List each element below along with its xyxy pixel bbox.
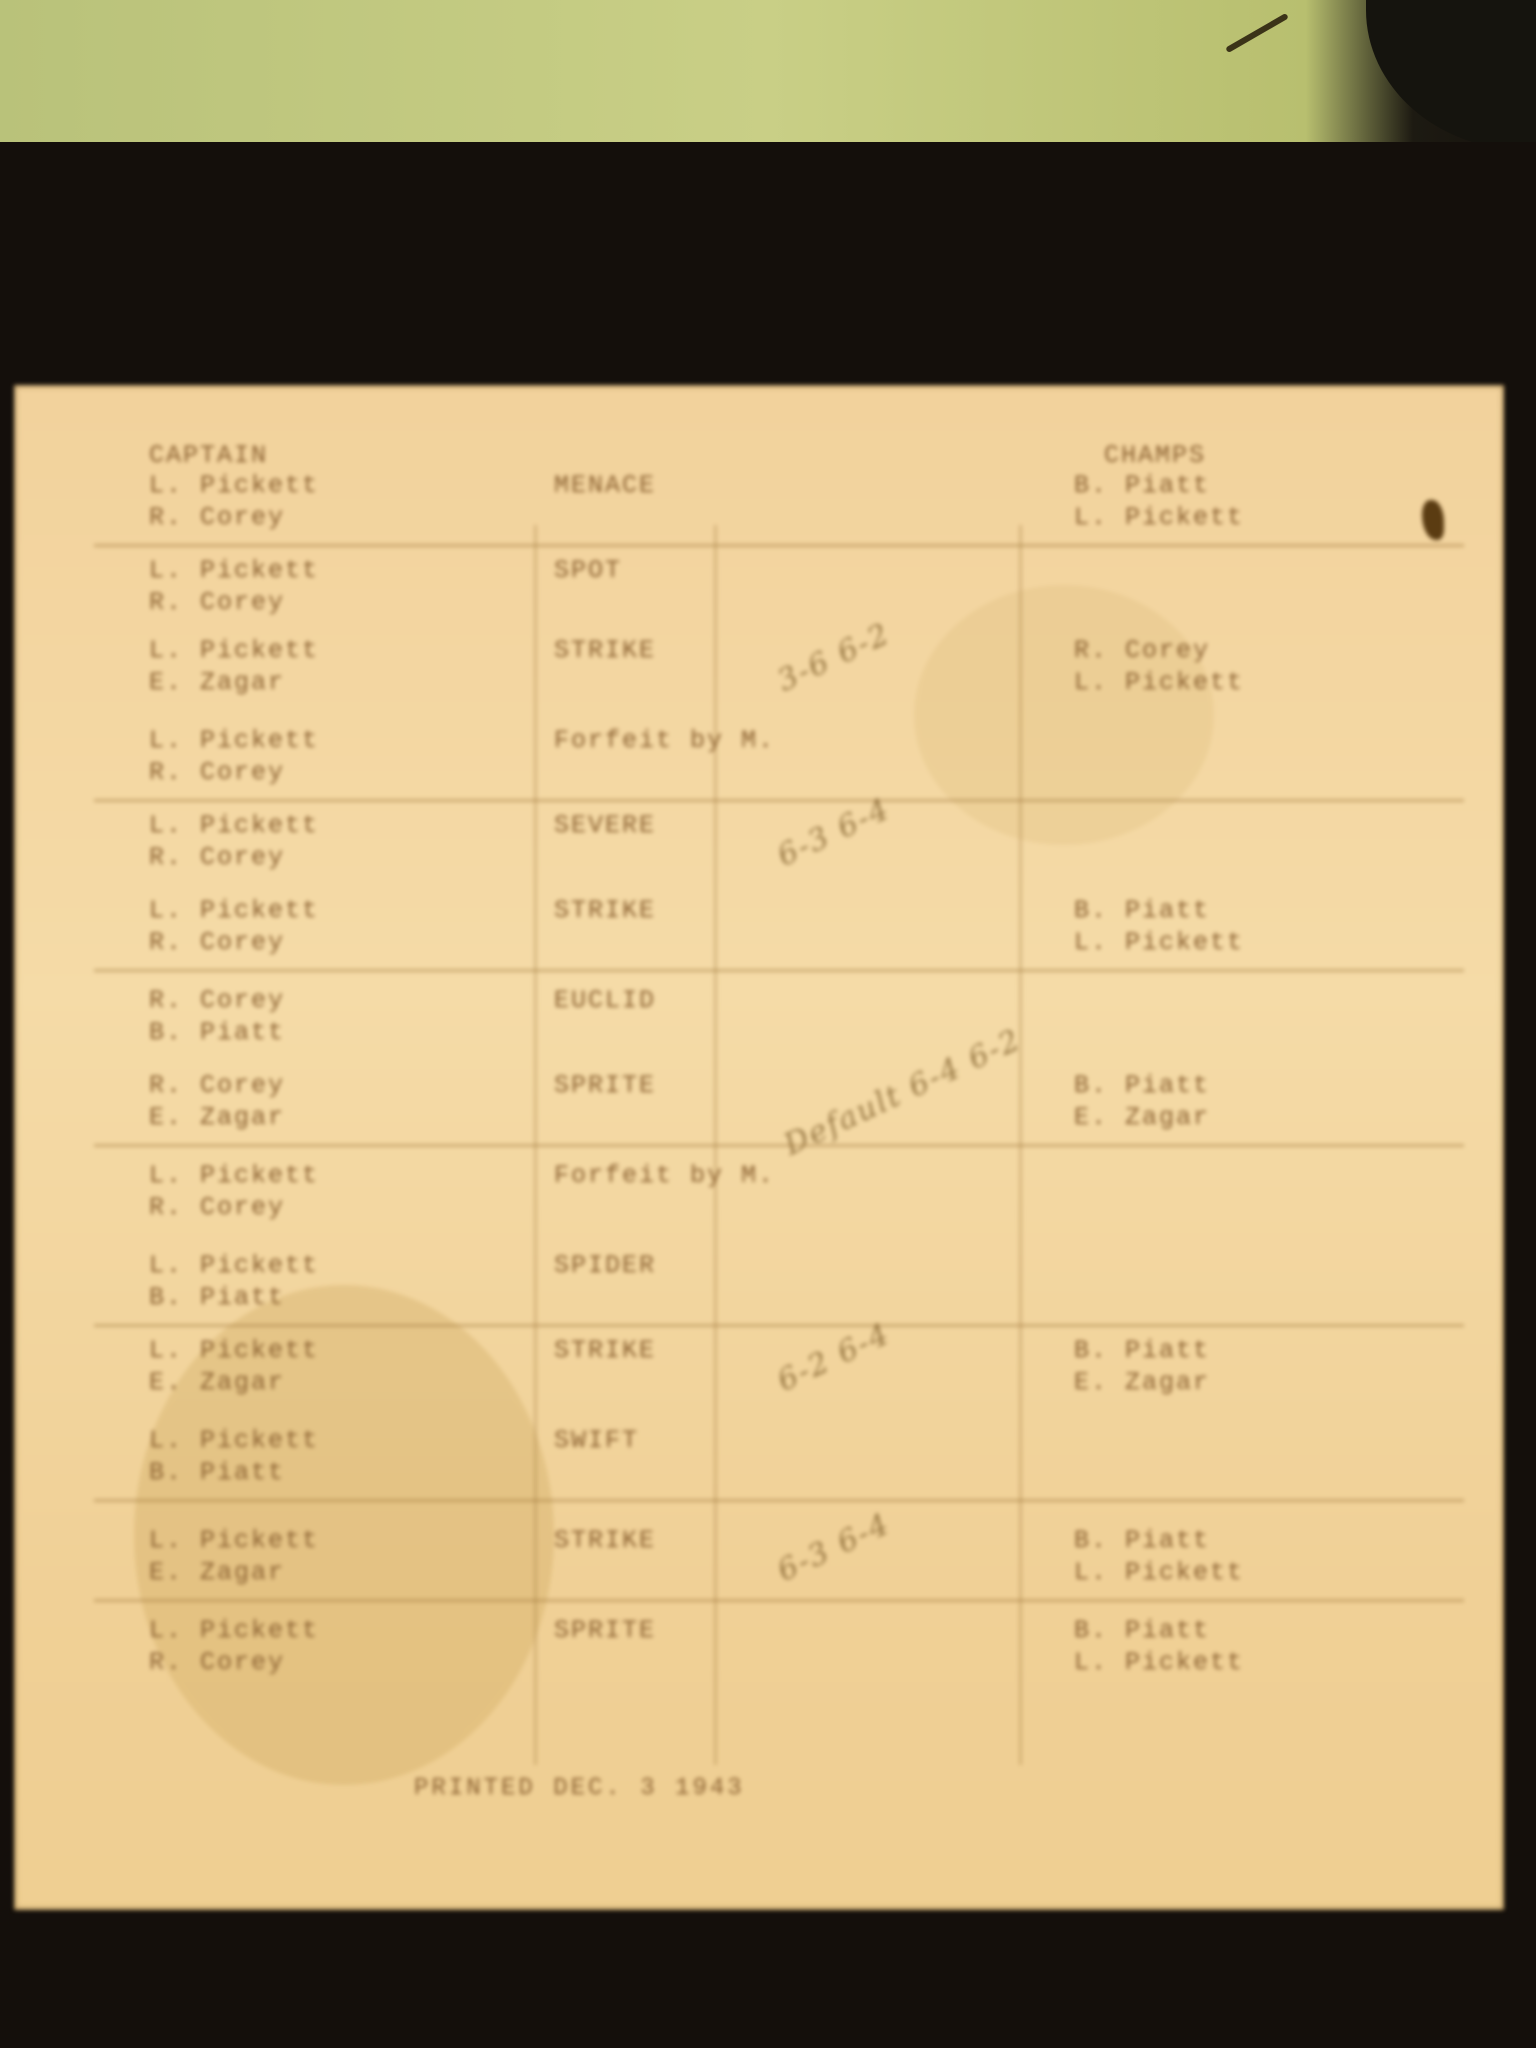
background-wall [0, 0, 1536, 150]
row-names: L. Pickett B. Piatt [149, 1250, 319, 1314]
handwritten-score: 6-2 6-4 [772, 1316, 896, 1399]
handwritten-score: 3-6 6-2 [772, 616, 896, 699]
handwritten-score: Default 6-4 6-2 [779, 1022, 1027, 1163]
row-names: L. Pickett R. Corey [149, 810, 319, 874]
row-divider [94, 1599, 1464, 1602]
row-divider [94, 1324, 1464, 1327]
row-names: L. Pickett B. Piatt [149, 1425, 319, 1489]
row-names: L. Pickett R. Corey [149, 555, 319, 619]
row-divider [94, 544, 1464, 547]
row-right-names: B. Piatt L. Pickett [1074, 895, 1244, 959]
row-label: STRIKE [554, 1525, 656, 1557]
header-left-title: CAPTAIN [149, 440, 268, 472]
row-names: L. Pickett R. Corey [149, 1615, 319, 1679]
row-right-names: B. Piatt L. Pickett [1074, 1525, 1244, 1589]
row-label: SWIFT [554, 1425, 639, 1457]
row-names: L. Pickett R. Corey [149, 1160, 319, 1224]
document-paper: CAPTAIN CHAMPS PRINTED DEC. 3 1943 L. Pi… [14, 385, 1504, 1910]
row-names: L. Pickett E. Zagar [149, 635, 319, 699]
row-right-names: R. Corey L. Pickett [1074, 635, 1244, 699]
document-table: CAPTAIN CHAMPS PRINTED DEC. 3 1943 L. Pi… [14, 385, 1504, 1910]
row-right-names: B. Piatt E. Zagar [1074, 1335, 1210, 1399]
row-label: SEVERE [554, 810, 656, 842]
row-label: SPRITE [554, 1615, 656, 1647]
row-label: Forfeit by M. [554, 1160, 775, 1192]
row-divider [94, 799, 1464, 802]
handwritten-score: 6-3 6-4 [772, 791, 896, 874]
row-divider [94, 969, 1464, 972]
row-right-names: B. Piatt E. Zagar [1074, 1070, 1210, 1134]
row-names: L. Pickett E. Zagar [149, 1335, 319, 1399]
handwritten-score: 6-3 6-4 [772, 1506, 896, 1589]
row-right-names: B. Piatt L. Pickett [1074, 1615, 1244, 1679]
row-label: SPIDER [554, 1250, 656, 1282]
row-names: R. Corey B. Piatt [149, 985, 285, 1049]
row-label: STRIKE [554, 895, 656, 927]
row-names: L. Pickett R. Corey [149, 470, 319, 534]
header-right-title: CHAMPS [1104, 440, 1206, 472]
row-divider [94, 1144, 1464, 1147]
row-label: SPRITE [554, 1070, 656, 1102]
row-names: L. Pickett E. Zagar [149, 1525, 319, 1589]
row-label: MENACE [554, 470, 656, 502]
row-label: Forfeit by M. [554, 725, 775, 757]
row-label: EUCLID [554, 985, 656, 1017]
row-label: STRIKE [554, 635, 656, 667]
row-names: L. Pickett R. Corey [149, 895, 319, 959]
row-names: L. Pickett R. Corey [149, 725, 319, 789]
document-footer: PRINTED DEC. 3 1943 [414, 1775, 745, 1802]
row-right-names: B. Piatt L. Pickett [1074, 470, 1244, 534]
row-label: SPOT [554, 555, 622, 587]
row-divider [94, 1499, 1464, 1502]
row-label: STRIKE [554, 1335, 656, 1367]
row-names: R. Corey E. Zagar [149, 1070, 285, 1134]
